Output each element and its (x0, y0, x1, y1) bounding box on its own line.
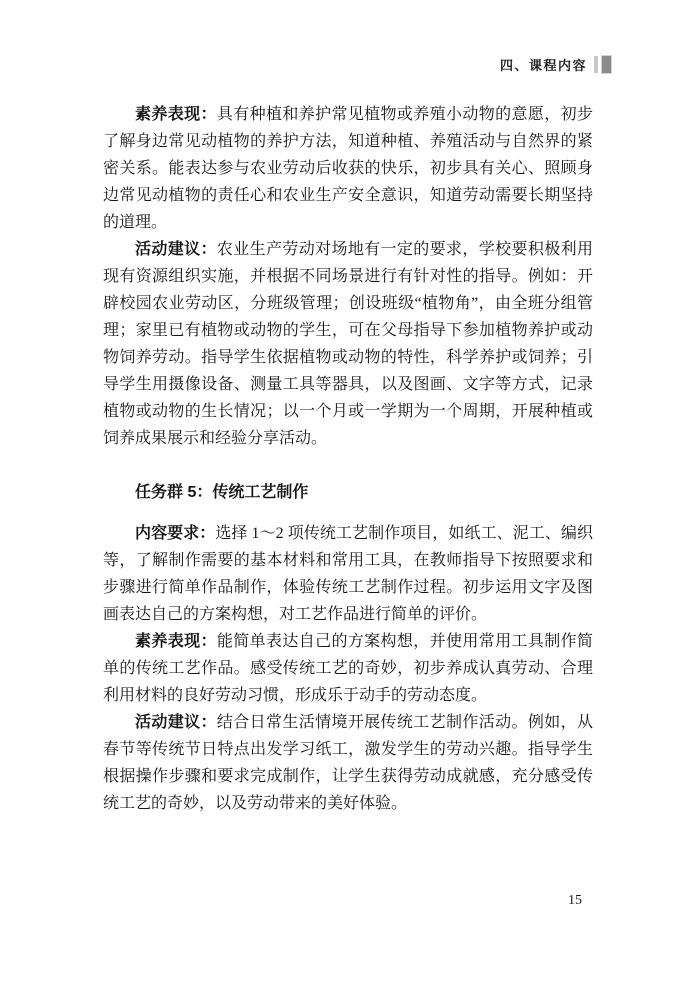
ornament-dark-bar (601, 55, 612, 74)
competency-paragraph-agriculture: 素养表现：具有种植和养护常见植物或养殖小动物的意愿，初步了解身边常见动植物的养护… (103, 101, 593, 236)
paragraph-label: 素养表现： (135, 633, 217, 650)
paragraph-label: 素养表现： (135, 106, 217, 123)
header-ornament-bars-icon (594, 55, 612, 74)
page-number: 15 (568, 893, 582, 909)
ornament-light-bar (594, 56, 598, 73)
page-header: 四、课程内容 (500, 55, 612, 74)
paragraph-text: 农业生产劳动对场地有一定的要求，学校要积极利用现有资源组织实施，并根据不同场景进… (103, 241, 593, 447)
paragraph-label: 活动建议： (135, 241, 217, 258)
activity-suggestion-paragraph-agriculture: 活动建议：农业生产劳动对场地有一定的要求，学校要积极利用现有资源组织实施，并根据… (103, 236, 593, 452)
task-group-heading: 任务群 5：传统工艺制作 (103, 479, 593, 506)
page-body: 素养表现：具有种植和养护常见植物或养殖小动物的意愿，初步了解身边常见动植物的养护… (103, 101, 593, 817)
activity-suggestion-paragraph-crafts: 活动建议：结合日常生活情境开展传统工艺制作活动。例如，从春节等传统节日特点出发学… (103, 709, 593, 817)
content-requirement-paragraph-crafts: 内容要求：选择 1～2 项传统工艺制作项目，如纸工、泥工、编织等，了解制作需要的… (103, 520, 593, 628)
paragraph-label: 活动建议： (135, 714, 217, 731)
document-page: 四、课程内容 素养表现：具有种植和养护常见植物或养殖小动物的意愿，初步了解身边常… (0, 0, 695, 982)
paragraph-label: 内容要求： (135, 525, 215, 542)
paragraph-text: 具有种植和养护常见植物或养殖小动物的意愿，初步了解身边常见动植物的养护方法，知道… (103, 106, 593, 231)
header-section-title: 四、课程内容 (500, 55, 587, 74)
competency-paragraph-crafts: 素养表现：能简单表达自己的方案构想，并使用常用工具制作简单的传统工艺作品。感受传… (103, 628, 593, 709)
